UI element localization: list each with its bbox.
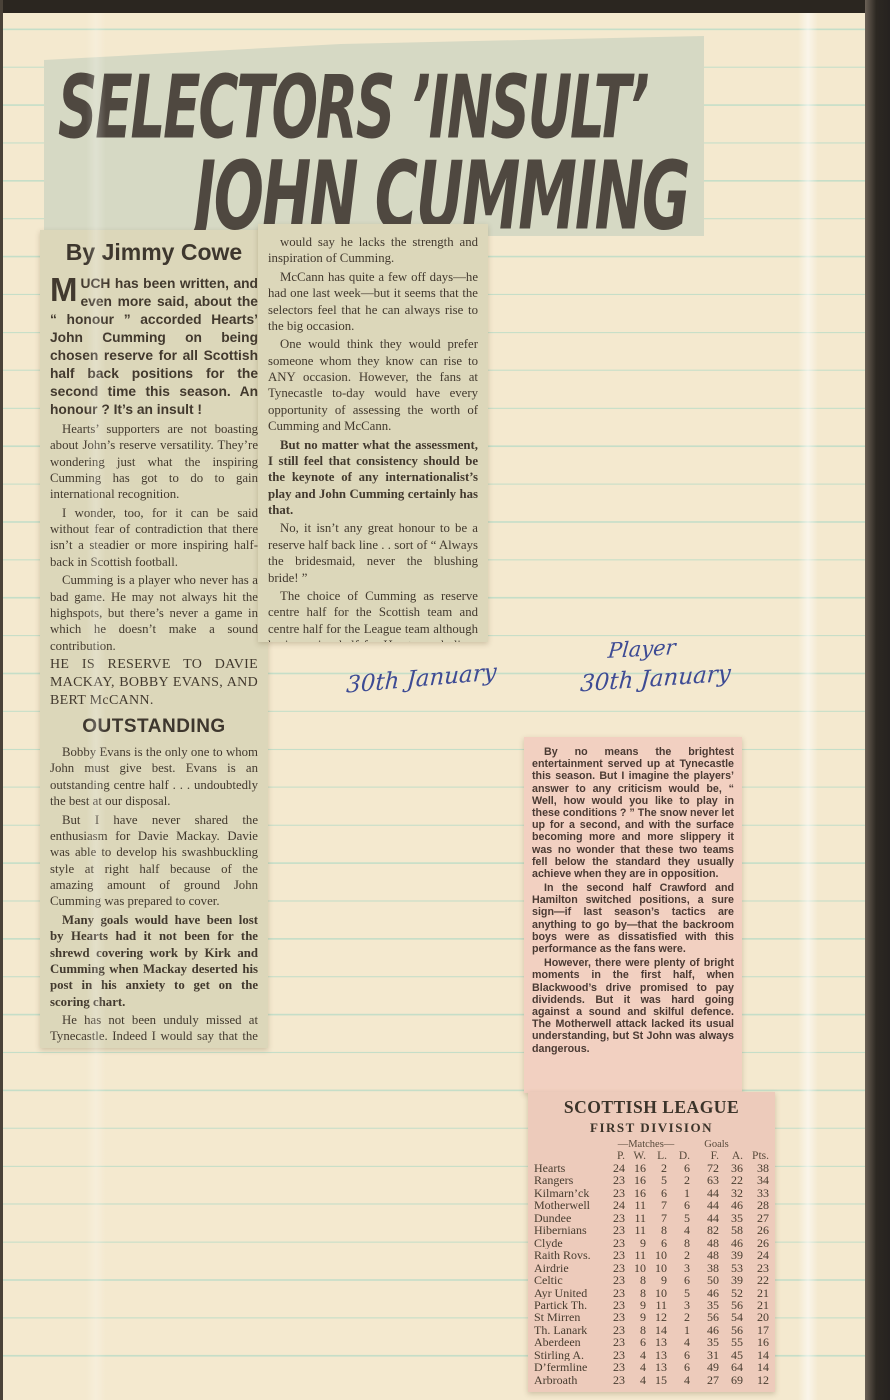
points-value: 28: [743, 1199, 769, 1211]
article-bold-paragraph: Many goals would have been lost by Heart…: [50, 912, 258, 1010]
article-paragraph: McCann has quite a few off days—he had o…: [268, 269, 478, 335]
goals-against-value: 64: [719, 1361, 743, 1373]
played-value: 23: [602, 1361, 625, 1373]
page-fold-highlight: [798, 13, 818, 1400]
handwritten-date-left: 30th January: [346, 659, 498, 698]
page-fold-highlight: [86, 13, 106, 1400]
goals-for-value: 35: [690, 1336, 719, 1348]
won-value: 11: [625, 1249, 646, 1261]
match-report-paragraph-group: By no means the brightest entertainment …: [532, 746, 734, 1055]
article-lead-paragraph: MUCH has been written, and even more sai…: [50, 275, 258, 418]
team-name: Kilmarn’ck: [534, 1187, 602, 1199]
points-value: 26: [743, 1224, 769, 1236]
league-table-rows: Hearts 24 16 2 6 72 36 38 Rangers 23 16 …: [534, 1162, 769, 1386]
goals-against-value: 39: [719, 1249, 743, 1261]
team-name: Hearts: [534, 1162, 602, 1174]
team-name: Rangers: [534, 1174, 602, 1186]
goals-against-value: 39: [719, 1274, 743, 1286]
article-paragraph: would say he lacks the strength and insp…: [268, 234, 478, 267]
points-value: 12: [743, 1374, 769, 1386]
article-paragraph-group: He has not been unduly missed at Tynecas…: [50, 1012, 258, 1048]
album-edge-right: [865, 0, 890, 1400]
album-edge-top: [0, 0, 890, 13]
team-name: Th. Lanark: [534, 1324, 602, 1336]
team-name: D’fermline: [534, 1361, 602, 1373]
byline: By Jimmy Cowe: [50, 238, 258, 267]
points-value: 16: [743, 1336, 769, 1348]
article-left-column-clipping: By Jimmy Cowe MUCH has been written, and…: [40, 230, 268, 1048]
played-value: 23: [602, 1374, 625, 1386]
headline-line2: JOHN CUMMING: [194, 142, 688, 236]
article-paragraph: One would think they would prefer someon…: [268, 336, 478, 434]
league-table-subtitle: FIRST DIVISION: [534, 1120, 769, 1136]
points-value: 24: [743, 1249, 769, 1261]
points-value: 22: [743, 1274, 769, 1286]
goals-against-value: 69: [719, 1374, 743, 1386]
table-row: Aberdeen 23 6 13 4 35 55 16: [534, 1336, 769, 1348]
team-name: Motherwell: [534, 1199, 602, 1211]
goals-for-value: 27: [690, 1374, 719, 1386]
won-value: 4: [625, 1361, 646, 1373]
team-name: Dundee: [534, 1212, 602, 1224]
article-bold-paragraph: But no matter what the assessment, I sti…: [268, 437, 478, 519]
scrapbook-page: SELECTORS ’INSULT’ JOHN CUMMING By Jimmy…: [0, 0, 890, 1400]
played-value: 23: [602, 1249, 625, 1261]
drawn-value: 4: [667, 1224, 690, 1236]
lost-value: 7: [646, 1199, 667, 1211]
table-row: Celtic 23 8 9 6 50 39 22: [534, 1274, 769, 1286]
won-value: 6: [625, 1336, 646, 1348]
won-value: 4: [625, 1374, 646, 1386]
match-report-clipping: By no means the brightest entertainment …: [524, 737, 742, 1093]
table-row: Raith Rovs. 23 11 10 2 48 39 24: [534, 1249, 769, 1261]
article-paragraph: He has not been unduly missed at Tynecas…: [50, 1012, 258, 1048]
won-value: 11: [625, 1224, 646, 1236]
article-subhead: OUTSTANDING: [50, 715, 258, 739]
team-name: Aberdeen: [534, 1336, 602, 1348]
spacer: [534, 1150, 602, 1162]
table-row: D’fermline 23 4 13 6 49 64 14: [534, 1361, 769, 1373]
article-paragraph: But I have never shared the enthusiasm f…: [50, 812, 258, 910]
drawn-value: 4: [667, 1374, 690, 1386]
team-name: Stirling A.: [534, 1349, 602, 1361]
played-value: 24: [602, 1199, 625, 1211]
article-right-column-clipping: would say he lacks the strength and insp…: [258, 224, 488, 642]
goals-against-value: 58: [719, 1224, 743, 1236]
table-row: Hibernians 23 11 8 4 82 58 26: [534, 1224, 769, 1236]
played-value: 23: [602, 1336, 625, 1348]
drawn-value: 6: [667, 1274, 690, 1286]
team-name: Hibernians: [534, 1224, 602, 1236]
won-value: 11: [625, 1199, 646, 1211]
article-paragraph-group: No, it isn’t any great honour to be a re…: [268, 520, 478, 642]
match-report-paragraph: However, there were plenty of bright mom…: [532, 957, 734, 1055]
goals-against-value: 46: [719, 1199, 743, 1211]
goals-for-value: 50: [690, 1274, 719, 1286]
played-value: 23: [602, 1224, 625, 1236]
goals-for-value: 48: [690, 1249, 719, 1261]
goals-for-value: 44: [690, 1199, 719, 1211]
team-name: Arbroath: [534, 1374, 602, 1386]
article-paragraph: Hearts’ supporters are not boasting abou…: [50, 421, 258, 503]
league-table-group-headers: —Matches— Goals: [534, 1139, 769, 1150]
album-edge-left: [0, 0, 3, 1400]
goals-for-value: 49: [690, 1361, 719, 1373]
article-paragraph-group: would say he lacks the strength and insp…: [268, 234, 478, 435]
won-value: 8: [625, 1274, 646, 1286]
handwritten-player-note: Player: [607, 635, 677, 663]
played-value: 23: [602, 1274, 625, 1286]
league-table-clipping: SCOTTISH LEAGUE FIRST DIVISION —Matches—…: [528, 1092, 775, 1392]
article-paragraph-group: Hearts’ supporters are not boasting abou…: [50, 421, 258, 654]
table-row: Motherwell 24 11 7 6 44 46 28: [534, 1199, 769, 1211]
team-name: Raith Rovs.: [534, 1249, 602, 1261]
article-paragraph: Bobby Evans is the only one to whom John…: [50, 744, 258, 810]
article-paragraph: No, it isn’t any great honour to be a re…: [268, 520, 478, 586]
lost-value: 13: [646, 1361, 667, 1373]
lost-value: 10: [646, 1249, 667, 1261]
article-caps-line: HE IS RESERVE TO DAVIE MACKAY, BOBBY EVA…: [50, 656, 258, 710]
team-name: Airdrie: [534, 1262, 602, 1274]
team-name: Partick Th.: [534, 1299, 602, 1311]
handwritten-date-right: 30th January: [579, 661, 731, 698]
article-paragraph: I wonder, too, for it can be said withou…: [50, 505, 258, 571]
drawn-value: 4: [667, 1336, 690, 1348]
drawn-value: 6: [667, 1199, 690, 1211]
league-table-title: SCOTTISH LEAGUE: [534, 1097, 769, 1118]
goals-group-header: Goals: [690, 1139, 743, 1150]
lost-value: 9: [646, 1274, 667, 1286]
team-name: Ayr United: [534, 1287, 602, 1299]
article-paragraph-group: Bobby Evans is the only one to whom John…: [50, 744, 258, 910]
points-value: 14: [743, 1361, 769, 1373]
table-row: Arbroath 23 4 15 4 27 69 12: [534, 1374, 769, 1386]
article-paragraph: Cumming is a player who never has a bad …: [50, 572, 258, 654]
lost-value: 15: [646, 1374, 667, 1386]
lost-value: 13: [646, 1336, 667, 1348]
team-name: St Mirren: [534, 1311, 602, 1323]
match-report-paragraph: In the second half Crawford and Hamilton…: [532, 882, 734, 955]
goals-against-value: 55: [719, 1336, 743, 1348]
goals-for-value: 82: [690, 1224, 719, 1236]
matches-group-header: —Matches—: [602, 1139, 690, 1150]
match-report-paragraph: By no means the brightest entertainment …: [532, 746, 734, 880]
drawn-value: 6: [667, 1361, 690, 1373]
headline-clipping: SELECTORS ’INSULT’ JOHN CUMMING: [44, 36, 704, 236]
team-name: Clyde: [534, 1237, 602, 1249]
drawn-value: 2: [667, 1249, 690, 1261]
team-name: Celtic: [534, 1274, 602, 1286]
lost-value: 8: [646, 1224, 667, 1236]
article-paragraph: The choice of Cumming as reserve centre …: [268, 588, 478, 642]
